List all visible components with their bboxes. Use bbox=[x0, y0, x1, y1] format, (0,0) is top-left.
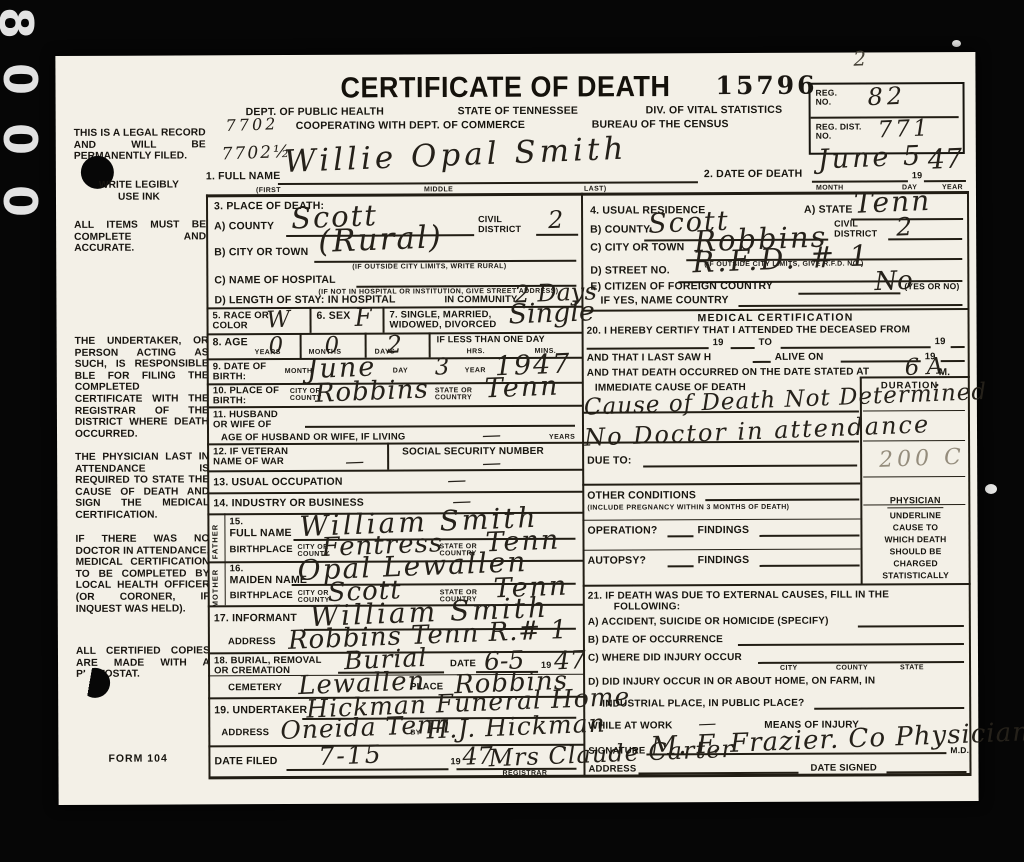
other-conditions-note: (INCLUDE PREGNANCY WITHIN 3 MONTHS OF DE… bbox=[587, 504, 789, 512]
mother-number: 16. bbox=[230, 564, 244, 574]
margin-note-undertaker: THE UNDERTAKER, OR PERSON ACTING AS SUCH… bbox=[75, 335, 209, 440]
father-birthplace-label: BIRTHPLACE bbox=[230, 545, 293, 555]
blank-line bbox=[305, 425, 575, 428]
row-line bbox=[207, 405, 583, 408]
blank-line bbox=[951, 346, 965, 348]
external-c-label: C) WHERE DID INJURY OCCUR bbox=[588, 652, 742, 664]
dob-day-value: 3 bbox=[434, 356, 450, 380]
dob-day-caption: DAY bbox=[393, 367, 408, 374]
duration-code-pencil: 200 C bbox=[879, 447, 966, 472]
external-d2-label: INDUSTRIAL PLACE, IN PUBLIC PLACE? bbox=[602, 698, 804, 710]
section-line bbox=[583, 549, 861, 552]
spouse-age-caption: YEARS bbox=[549, 434, 575, 441]
death-certificate-document: THIS IS A LEGAL RECORD AND WILL BE PERMA… bbox=[55, 52, 978, 805]
undertaker-agent: H.J. Hickman bbox=[426, 710, 606, 742]
pod-city-label: B) CITY OR TOWN bbox=[214, 247, 308, 258]
blank-line bbox=[753, 361, 771, 363]
hrs-caption: HRS. bbox=[467, 348, 485, 355]
handwritten-file-code-2: 7702½ bbox=[221, 144, 291, 164]
veteran-label: 12. IF VETERAN NAME OF WAR bbox=[213, 447, 313, 467]
spouse-label: 11. HUSBAND OR WIFE OF bbox=[213, 410, 293, 430]
blank-line bbox=[731, 347, 755, 349]
header-state: STATE OF TENNESSEE bbox=[458, 106, 579, 118]
row-line bbox=[207, 491, 583, 494]
blank-line bbox=[781, 346, 931, 348]
res-civil-district-value: 2 bbox=[896, 214, 913, 240]
pod-community-label: IN COMMUNITY bbox=[444, 295, 517, 305]
blank-line bbox=[760, 565, 860, 567]
age-years-caption: YEARS bbox=[255, 349, 281, 356]
blank-line bbox=[814, 707, 964, 709]
physician-note-5: SHOULD BE bbox=[861, 547, 971, 556]
microfilm-scan: 8 0 0 0 THIS IS A LEGAL RECORD AND WILL … bbox=[0, 0, 1024, 862]
duration-box-top bbox=[860, 376, 970, 378]
blank-line bbox=[738, 304, 962, 307]
film-frame-digit: 8 bbox=[0, 7, 43, 39]
pod-city-note: (IF OUTSIDE CITY LIMITS, WRITE RURAL) bbox=[352, 263, 506, 271]
autopsy-findings-label: FINDINGS bbox=[698, 555, 750, 566]
res-street-value: R.F.D. # 1 bbox=[692, 241, 872, 277]
duration-row-line bbox=[863, 440, 965, 442]
cell-divider bbox=[387, 443, 389, 470]
year19-b: 19 bbox=[935, 337, 946, 347]
md-caption: M.D. bbox=[950, 746, 969, 755]
margin-note-complete: ALL ITEMS MUST BE COMPLETE AND ACCURATE. bbox=[74, 219, 206, 254]
blank-line bbox=[643, 465, 857, 468]
father-side-label: FATHER bbox=[210, 517, 219, 559]
date-of-death-label: 2. DATE OF DEATH bbox=[704, 169, 803, 180]
margin-note-write-legibly: WRITE LEGIBLY bbox=[80, 179, 198, 191]
pod-hospital-label: C) NAME OF HOSPITAL bbox=[214, 275, 335, 287]
while-at-work-label: WHILE AT WORK bbox=[588, 720, 672, 731]
film-speck bbox=[952, 40, 961, 47]
autopsy-label: AUTOPSY? bbox=[588, 555, 647, 566]
pob-label: 10. PLACE OF BIRTH: bbox=[213, 386, 283, 406]
year-prefix: 19 bbox=[912, 171, 922, 181]
film-frame-digit: 0 bbox=[0, 185, 47, 217]
res-county-label: B) COUNTY bbox=[590, 224, 650, 235]
physician-note-4: WHICH DEATH bbox=[860, 535, 970, 544]
alive-on-label: ALIVE ON bbox=[775, 352, 824, 363]
ssn-label: SOCIAL SECURITY NUMBER bbox=[402, 446, 544, 458]
burial-date-label: DATE bbox=[450, 659, 476, 669]
occupation-label: 13. USUAL OCCUPATION bbox=[213, 477, 342, 489]
section-line bbox=[582, 519, 860, 522]
father-name-label: FULL NAME bbox=[229, 528, 291, 539]
less-than-day-label: IF LESS THAN ONE DAY bbox=[437, 335, 545, 345]
external-d-label: D) DID INJURY OCCUR IN OR ABOUT HOME, ON… bbox=[588, 675, 875, 687]
injury-county-caption: COUNTY bbox=[836, 664, 868, 671]
mother-birthplace-label: BIRTHPLACE bbox=[230, 591, 293, 601]
res-state-value: Tenn bbox=[853, 187, 931, 218]
last-saw-label: AND THAT I LAST SAW H bbox=[587, 352, 712, 364]
year19-a: 19 bbox=[713, 338, 724, 348]
res-street-label: D) STREET NO. bbox=[590, 265, 670, 276]
to-label: TO bbox=[759, 338, 772, 348]
blank-line bbox=[812, 180, 908, 182]
handwritten-dash: — bbox=[447, 471, 475, 491]
hole-punch bbox=[80, 668, 110, 698]
pod-civil-district-value: 2 bbox=[548, 208, 564, 233]
margin-note-physician: THE PHYSICIAN LAST IN ATTENDANCE IS REQU… bbox=[75, 451, 209, 521]
physician-note-7: STATISTICALLY bbox=[861, 571, 971, 580]
injury-state-caption: STATE bbox=[900, 664, 924, 671]
pob-state-caption: STATE OR COUNTRY bbox=[435, 387, 475, 401]
header-cooperating: COOPERATING WITH DEPT. OF COMMERCE bbox=[296, 120, 525, 132]
father-number: 15. bbox=[229, 517, 243, 527]
grid-border-left bbox=[206, 194, 211, 778]
dob-year-caption: YEAR bbox=[465, 367, 486, 374]
cell-divider bbox=[300, 333, 302, 358]
margin-note-no-doctor: IF THERE WAS NO DOCTOR IN ATTENDANCE, ME… bbox=[75, 533, 209, 615]
external-title: 21. IF DEATH WAS DUE TO EXTERNAL CAUSES,… bbox=[588, 589, 889, 601]
header-bureau: BUREAU OF THE CENSUS bbox=[592, 119, 729, 131]
blank-line bbox=[738, 643, 964, 646]
form-number: FORM 104 bbox=[108, 754, 167, 765]
dob-label: 9. DATE OF BIRTH: bbox=[213, 362, 275, 382]
external-b-label: B) DATE OF OCCURRENCE bbox=[588, 634, 723, 646]
reg-dist-value: 771 bbox=[877, 117, 931, 142]
date-signed-label: DATE SIGNED bbox=[810, 763, 876, 773]
res-civil-district-label: CIVIL DISTRICT bbox=[834, 219, 886, 238]
certify-statement: 20. I HEREBY CERTIFY THAT I ATTENDED THE… bbox=[587, 324, 911, 336]
document-title: CERTIFICATE OF DEATH bbox=[270, 70, 740, 106]
date-of-death-year: 47 bbox=[927, 145, 962, 173]
marital-label: 7. SINGLE, MARRIED, WIDOWED, DIVORCED bbox=[389, 310, 517, 331]
physician-underline bbox=[887, 507, 943, 508]
blank-line bbox=[888, 238, 962, 240]
undertaker-by-label: BY bbox=[410, 729, 421, 736]
blank-line bbox=[587, 347, 709, 349]
other-conditions-label: OTHER CONDITIONS bbox=[587, 490, 696, 501]
cell-divider bbox=[382, 307, 384, 333]
certificate-number: 15796 bbox=[715, 71, 817, 100]
signature-label: SIGNATURE bbox=[588, 746, 645, 756]
pod-city-value: (Rural) bbox=[318, 222, 444, 258]
section-line-heavy bbox=[583, 583, 971, 587]
cemetery-label: CEMETERY bbox=[228, 683, 282, 693]
full-name-label: 1. FULL NAME bbox=[206, 171, 281, 182]
film-frame-digit: 0 bbox=[0, 123, 47, 155]
res-if-yes-label: IF YES, NAME COUNTRY bbox=[600, 295, 728, 307]
yes-or-no-caption: (YES OR NO) bbox=[904, 282, 959, 291]
pod-civil-district-label: CIVIL DISTRICT bbox=[478, 215, 530, 234]
physician-note-2: UNDERLINE bbox=[860, 511, 970, 520]
blank-line bbox=[924, 180, 966, 182]
date-filed-label: DATE FILED bbox=[214, 756, 277, 767]
cell-divider bbox=[309, 307, 311, 333]
full-name-value: Willie Opal Smith bbox=[283, 134, 628, 178]
res-state-label: A) STATE bbox=[804, 205, 853, 216]
duration-row-line bbox=[863, 476, 965, 478]
blank-line bbox=[758, 661, 964, 663]
race-value: W bbox=[266, 309, 291, 333]
handwritten-pencil-number: 2 bbox=[853, 48, 867, 68]
sig-address-label: ADDRESS bbox=[588, 764, 636, 774]
injury-city-caption: CITY bbox=[780, 665, 798, 672]
blank-line bbox=[668, 565, 694, 567]
date-of-death-value: June 5 bbox=[817, 142, 923, 173]
undertaker-address-label: ADDRESS bbox=[221, 728, 269, 738]
row-line bbox=[207, 442, 583, 445]
blank-line bbox=[314, 260, 576, 263]
reg-no-value: 82 bbox=[867, 84, 906, 109]
handwritten-file-code: 7702 bbox=[225, 116, 278, 134]
blank-line bbox=[941, 360, 965, 362]
grid-border-right bbox=[967, 191, 972, 775]
physician-note-6: CHARGED bbox=[861, 559, 971, 568]
section-line bbox=[582, 483, 860, 486]
blank-line bbox=[858, 625, 964, 627]
informant-address-label: ADDRESS bbox=[228, 637, 276, 647]
film-frame-digit: 0 bbox=[0, 63, 47, 95]
age-days-caption: DAYS bbox=[375, 349, 395, 356]
row-line bbox=[207, 469, 583, 472]
due-to-label: DUE TO: bbox=[587, 456, 631, 467]
blank-line bbox=[278, 181, 698, 184]
cell-divider bbox=[224, 513, 226, 605]
cell-divider bbox=[429, 332, 431, 357]
mother-side-label: MOTHER bbox=[211, 565, 220, 607]
age-label: 8. AGE bbox=[213, 337, 248, 348]
external-a-label: A) ACCIDENT, SUICIDE OR HOMICIDE (SPECIF… bbox=[588, 616, 829, 628]
sex-value: F bbox=[354, 304, 372, 330]
occurred-label: AND THAT DEATH OCCURRED ON THE DATE STAT… bbox=[587, 366, 870, 378]
filed-year-prefix: 19 bbox=[450, 757, 460, 767]
blank-line bbox=[536, 234, 578, 236]
blank-line bbox=[705, 499, 859, 501]
blank-line bbox=[667, 535, 693, 537]
operation-label: OPERATION? bbox=[587, 525, 657, 536]
registrar-caption: REGISTRAR bbox=[502, 770, 547, 777]
pod-county-label: A) COUNTY bbox=[214, 221, 274, 232]
informant-label: 17. INFORMANT bbox=[214, 613, 297, 624]
pob-city-value: Robbins bbox=[314, 376, 429, 406]
pob-state-value: Tenn bbox=[484, 373, 560, 403]
sex-label: 6. SEX bbox=[316, 311, 350, 322]
medical-certification-title: MEDICAL CERTIFICATION bbox=[581, 312, 969, 325]
blank-line bbox=[286, 768, 448, 770]
physician-note-1: PHYSICIAN bbox=[860, 496, 970, 506]
film-speck bbox=[985, 484, 997, 494]
date-filed-value: 7-15 bbox=[318, 741, 383, 769]
blank-line bbox=[759, 535, 859, 537]
operation-findings-label: FINDINGS bbox=[697, 525, 749, 536]
res-city-label: C) CITY OR TOWN bbox=[590, 242, 684, 253]
external-title2: FOLLOWING: bbox=[614, 601, 680, 612]
reg-dist-label: REG. DIST. NO. bbox=[816, 122, 864, 140]
margin-note-use-ink: USE INK bbox=[80, 191, 198, 203]
physician-note-3: CAUSE TO bbox=[860, 523, 970, 532]
reg-no-label: REG. NO. bbox=[816, 89, 848, 107]
res-citizen-label: E) CITIZEN OF FOREIGN COUNTRY bbox=[590, 281, 773, 293]
header-division: DIV. OF VITAL STATISTICS bbox=[646, 105, 783, 117]
blank-line bbox=[886, 771, 966, 773]
